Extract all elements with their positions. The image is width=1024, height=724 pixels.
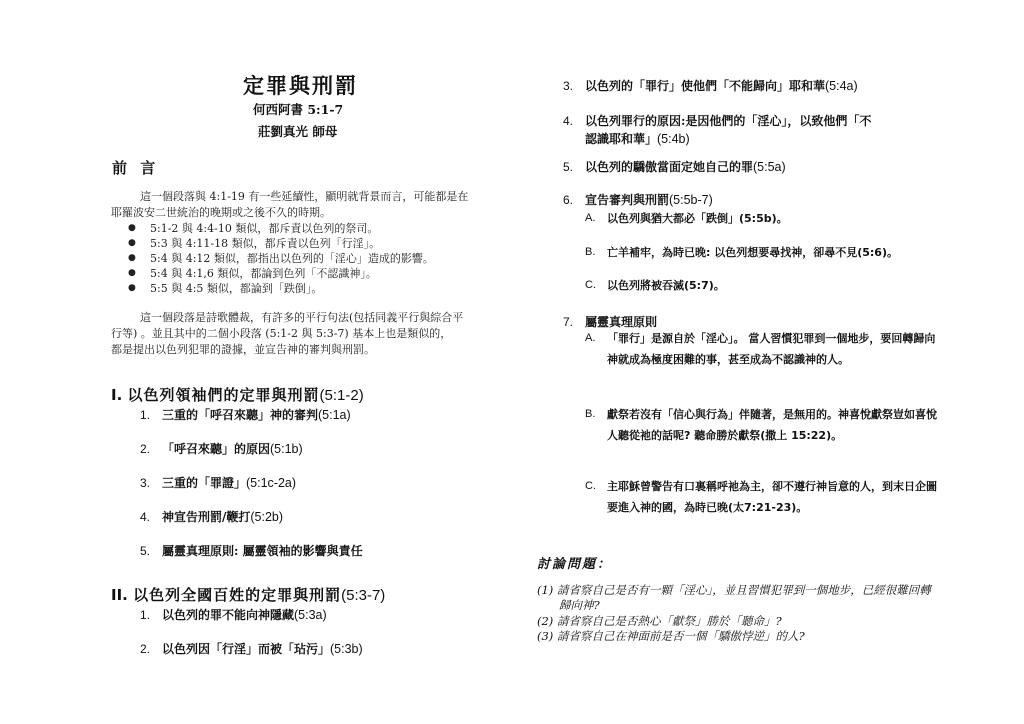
section-title: 以色列全國百姓的定罪與刑罰 — [133, 586, 341, 604]
intro-heading: 前 言 — [112, 157, 159, 178]
sub-item: B.亡羊補牢，為時已晚: 以色列想要尋找神，卻尋不見(5:6)。 — [585, 242, 967, 263]
outline-item: 1.以色列的罪不能向神隱藏(5:3a) — [140, 606, 327, 623]
outline-item: 1.三重的「呼召來聽」神的審判(5:1a) — [140, 406, 351, 423]
list-item: 5:1-2 與 4:4-10 類似，都斥責以色列的祭司。 — [116, 221, 434, 236]
outline-item: 4.以色列罪行的原因:是因他們的「淫心」，以致他們「不 — [563, 112, 871, 129]
section-numeral: II. — [111, 586, 128, 604]
discussion-question: (3) 請省察自己在神面前是否一個「驕傲悖逆」的人? — [537, 629, 917, 644]
sub-item: B.獻祭若沒有「信心與行為」伴隨著，是無用的。神喜悅獻祭豈如喜悅人聽從祂的話呢?… — [585, 404, 937, 446]
section-reference: (5:1-2) — [320, 387, 364, 404]
list-item: 5:3 與 4:11-18 類似，都斥責以色列「行淫」。 — [116, 236, 434, 251]
outline-item: 3.三重的「罪證」(5:1c-2a) — [140, 474, 296, 491]
outline-item: 5.以色列的驕傲當面定她自己的罪(5:5a) — [563, 158, 786, 175]
outline-item: 4.神宣告刑罰/鞭打(5:2b) — [140, 508, 283, 525]
outline-item: 2.以色列因「行淫」而被「玷污」(5:3b) — [140, 640, 363, 657]
author: 莊劉真光 師母 — [258, 122, 337, 140]
section-reference: (5:3-7) — [341, 587, 385, 604]
intro-paragraph-2-line-3: 都是提出以色列犯罪的證據，並宣告神的審判與刑罰。 — [111, 342, 375, 357]
intro-paragraph-1-line-2: 耶羅波安二世統治的晚期或之後不久的時期。 — [111, 205, 331, 220]
outline-item: 6.宣告審判與刑罰(5:5b-7) — [563, 191, 713, 208]
section-1-heading: I. 以色列領袖們的定罪與刑罰(5:1-2) — [111, 384, 364, 405]
outline-item: 2.「呼召來聽」的原因(5:1b) — [140, 440, 303, 457]
list-item: 5:4 與 4:12 類似，都指出以色列的「淫心」造成的影響。 — [116, 251, 434, 266]
sub-item: C.以色列將被吞滅(5:7)。 — [585, 275, 947, 296]
intro-paragraph-1-line-1: 這一個段落與 4:1-19 有一些延續性，顯明就背景而言，可能都是在 — [140, 189, 468, 204]
document-title: 定罪與刑罰 — [243, 70, 358, 100]
section-2-heading: II. 以色列全國百姓的定罪與刑罰(5:3-7) — [111, 584, 385, 605]
sub-item: A.以色列與猶大都必「跌倒」(5:5b)。 — [585, 208, 947, 229]
comparison-list: 5:1-2 與 4:4-10 類似，都斥責以色列的祭司。 5:3 與 4:11-… — [116, 221, 434, 296]
section-title: 以色列領袖們的定罪與刑罰 — [128, 386, 320, 404]
outline-item: 5.屬靈真理原則: 屬靈領袖的影響與責任 — [140, 542, 363, 559]
discussion-question: (1) 請省察自己是否有一顆「淫心」，並且習慣犯罪到一個地步，已經很難回轉歸向神… — [537, 583, 939, 613]
section-numeral: I. — [111, 386, 122, 404]
outline-item: 3.以色列的「罪行」使他們「不能歸向」耶和華(5:4a) — [563, 77, 858, 94]
outline-item-continuation: 認識耶和華」(5:4b) — [585, 130, 690, 147]
sub-item: A.「罪行」是源自於「淫心」。 當人習慣犯罪到一個地步，要回轉歸向神就成為極度困… — [585, 328, 937, 370]
sub-item: C.主耶穌曾警告有口裏稱呼祂為主，卻不遵行神旨意的人，到末日企圖要進入神的國，為… — [585, 476, 937, 518]
intro-paragraph-2-line-1: 這一個段落是詩歌體裁，有許多的平行句法(包括同義平行與綜合平 — [140, 310, 463, 325]
intro-paragraph-2-line-2: 行等) 。並且其中的二個小段落 (5:1-2 與 5:3-7) 基本上也是類似的… — [111, 326, 451, 341]
discussion-question: (2) 請省察自己是否熱心「獻祭」勝於「聽命」? — [537, 614, 917, 629]
list-item: 5:5 與 4:5 類似，都論到「跌倒」。 — [116, 281, 434, 296]
discussion-heading: 討論問題： — [537, 553, 612, 572]
scripture-reference: 何西阿書 5:1-7 — [253, 100, 343, 118]
list-item: 5:4 與 4:1,6 類似，都論到色列「不認識神」。 — [116, 266, 434, 281]
